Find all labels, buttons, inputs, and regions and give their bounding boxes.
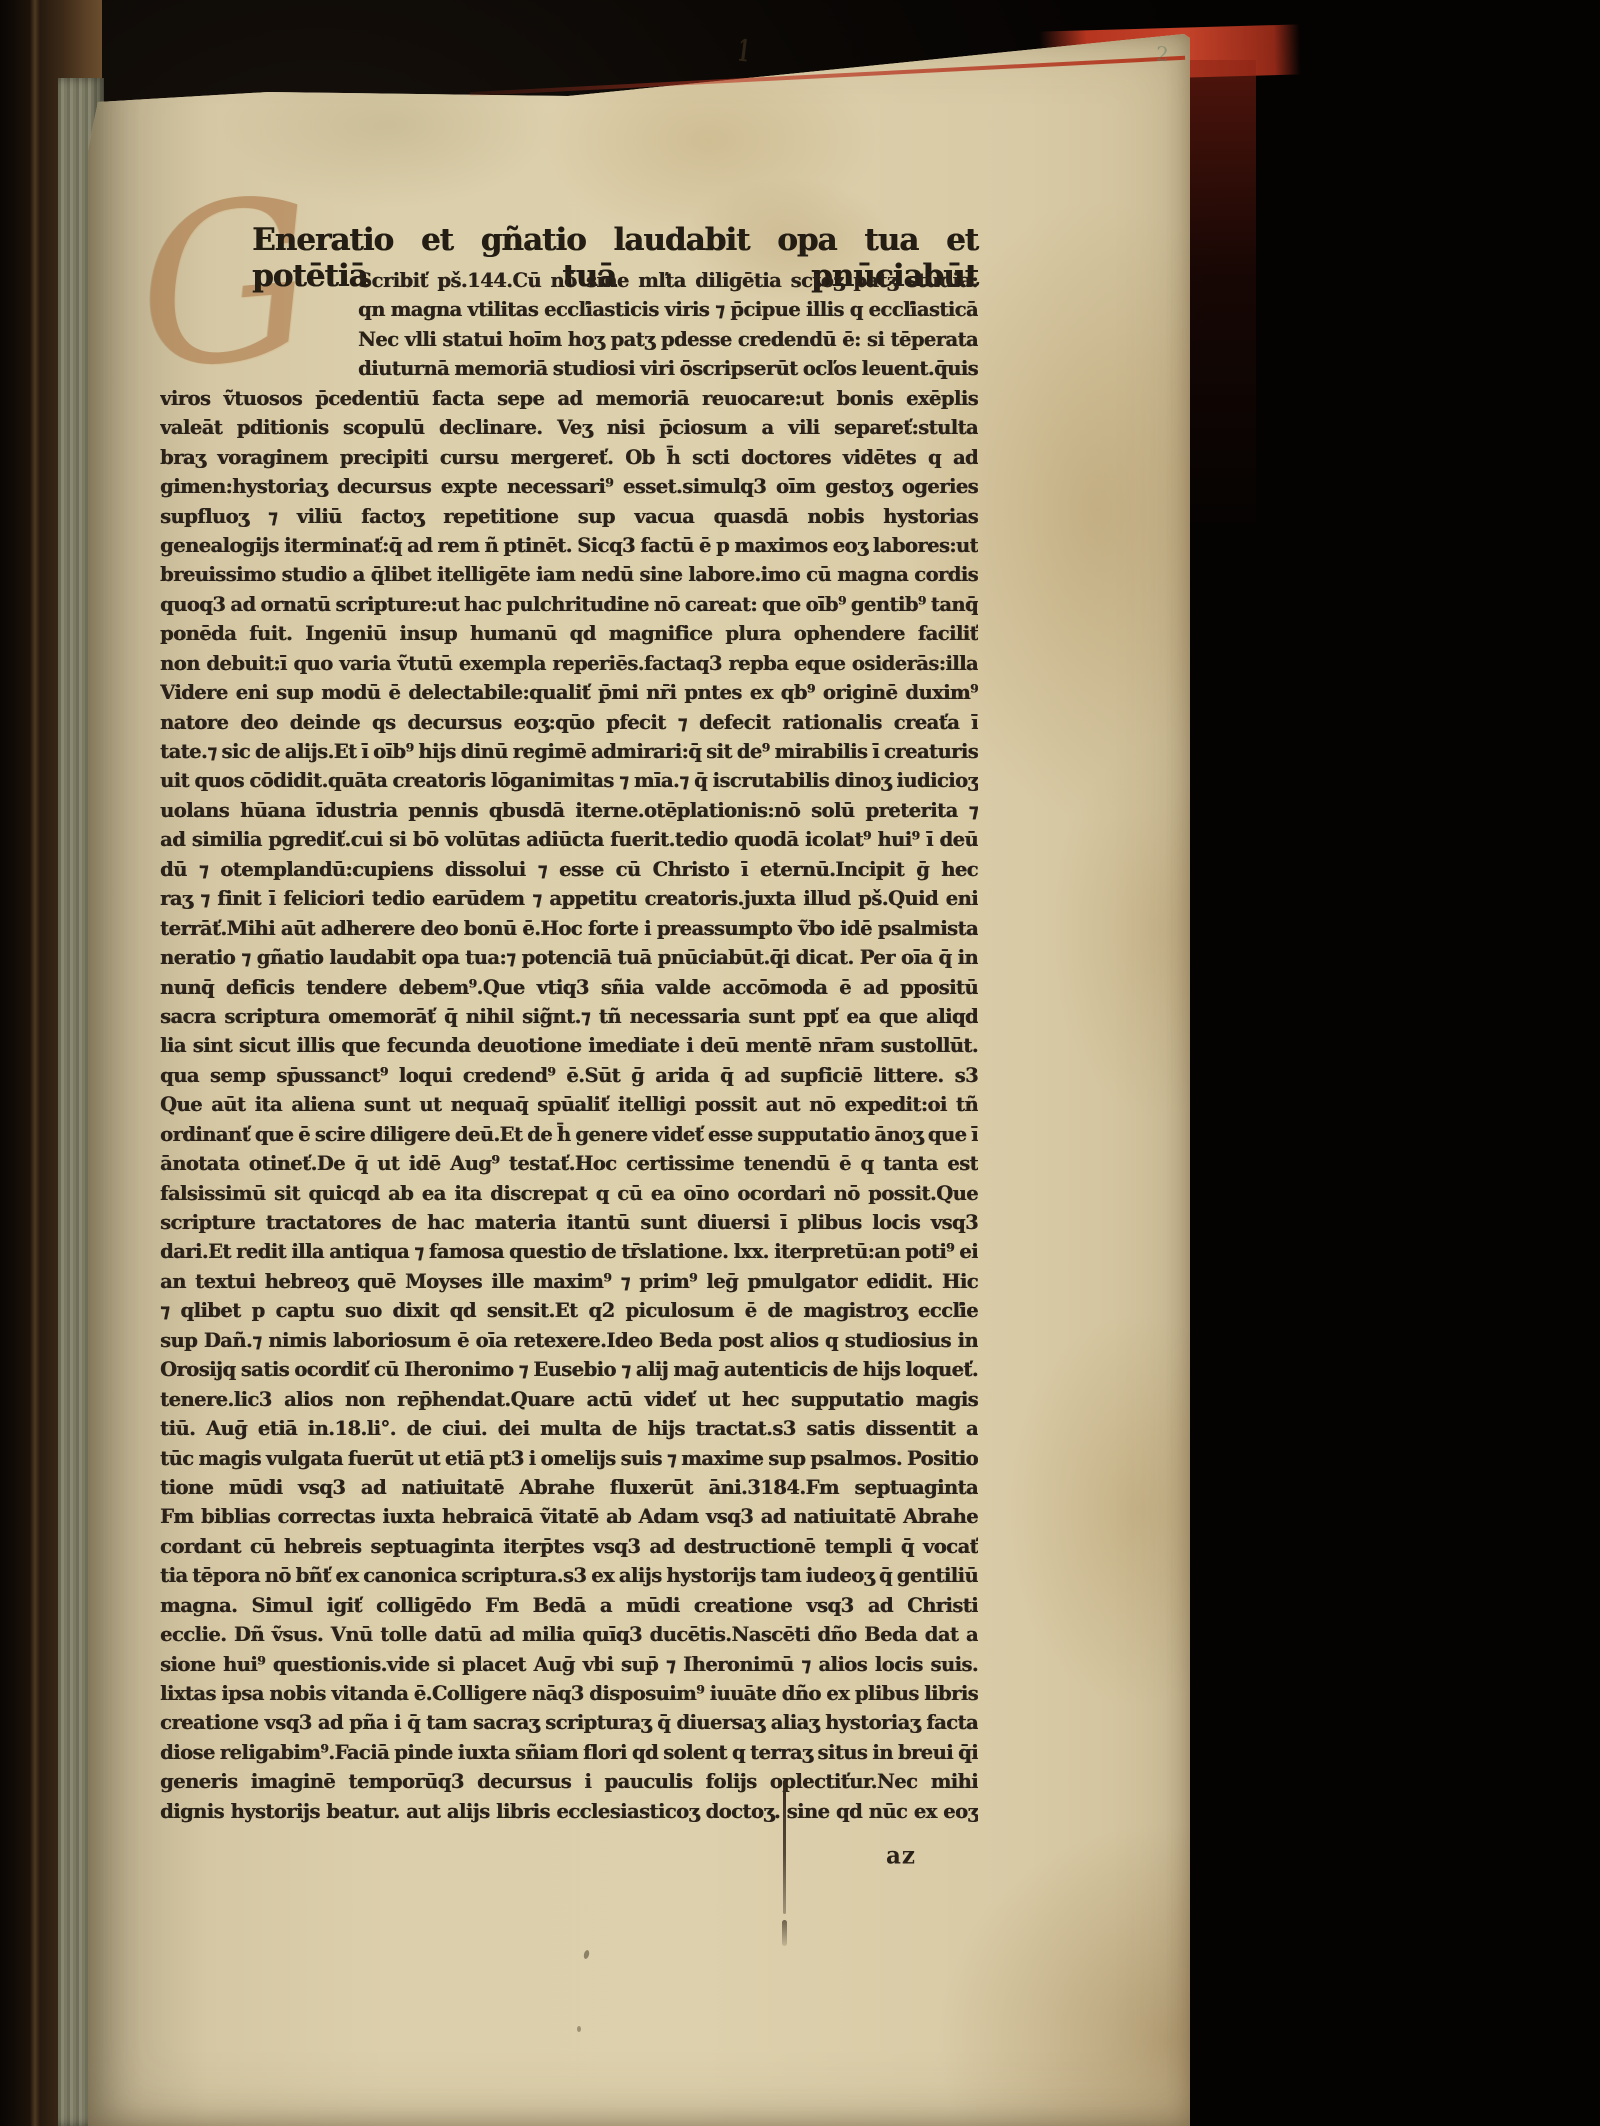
photo-of-incunabulum-page: 1 2 G Eneratio et gñatio laudabit opa tu… [0, 0, 1600, 2126]
body-line: ponēda fuit. Ingeniū insup humanū qd mag… [160, 619, 978, 648]
body-line: terrāť.Mihi aūt adherere deo bonū ē.Hoc … [160, 914, 978, 943]
body-line: falsissimū sit quicqd ab ea ita discrepa… [160, 1179, 978, 1208]
body-line: supfluoʒ ⁊ viliū factoʒ repetitione sup … [160, 502, 978, 531]
body-line: tiū. Auḡ etiā in.18.li°. de ciui. dei mu… [160, 1414, 978, 1443]
body-line: gimen:hystoriaʒ decursus expte necessari… [160, 472, 978, 501]
body-line: ordinanť que ē scire diligere deū.Et de … [160, 1120, 978, 1149]
body-line: lia sint sicut illis que fecunda deuotio… [160, 1031, 978, 1060]
body-line: an textui hebreoʒ quē Moyses ille maxim⁹… [160, 1267, 978, 1296]
body-line: Scribiť pš.144.Cū nō sine mľta diligētia… [358, 266, 978, 295]
body-line: Que aūt ita aliena sunt ut nequaq̄ spūal… [160, 1090, 978, 1119]
body-line: raʒ ⁊ finit ī feliciori tedio earūdem ⁊ … [160, 884, 978, 913]
red-painted-fore-edge-right [1186, 60, 1256, 580]
body-line: genealogijs iterminať:q̄ ad rem ñ ptinēt… [160, 531, 978, 560]
body-line: ⁊ qlibet p captu suo dixit qd sensit.Et … [160, 1296, 978, 1325]
body-line: cordant cū hebreis septuaginta iterp̄tes… [160, 1532, 978, 1561]
binding-highlight [30, 0, 40, 2126]
body-line: dū ⁊ otemplandū:cupiens dissolui ⁊ esse … [160, 855, 978, 884]
body-line: quoq3 ad ornatū scripture:ut hac pulchri… [160, 590, 978, 619]
body-line: non debuit:ī quo varia ṽtutū exempla rep… [160, 649, 978, 678]
body-line: tate.⁊ sic de alijs.Et ī oīb⁹ hijs dinū … [160, 737, 978, 766]
quire-signature-mark: az [886, 1841, 916, 1869]
body-line: tia tēpora nō bñť ex canonica scriptura.… [160, 1561, 978, 1590]
body-line: creatione vsq3 ad pña i q̄ tam sacraʒ sc… [160, 1708, 978, 1737]
body-line: diuturnā memoriā studiosi viri ōscripser… [358, 354, 978, 383]
text-block-lines: Scribiť pš.144.Cū nō sine mľta diligētia… [160, 266, 978, 1826]
body-line: neratio ⁊ gñatio laudabit opa tua:⁊ pote… [160, 943, 978, 972]
body-line: tenere.lic3 alios non rep̄hendat.Quare a… [160, 1385, 978, 1414]
body-line: tūc magis vulgata fuerūt ut etiā pt3 i o… [160, 1444, 978, 1473]
body-line: ānotata otineť.De q̄ ut idē Aug⁹ testať.… [160, 1149, 978, 1178]
body-line: sup Dañ.⁊ nimis laboriosum ē oīa retexer… [160, 1326, 978, 1355]
body-line: ecclie. Dñ ṽsus. Vnū tolle datū ad milia… [160, 1620, 978, 1649]
body-line: qua semp sp̄ussanct⁹ loqui credend⁹ ē.Sū… [160, 1061, 978, 1090]
body-line: ad similia pgrediť.cui si bō volūtas adi… [160, 825, 978, 854]
ink-smudge-trail [783, 1780, 786, 1914]
body-line: breuissimo studio a q̄libet itelligēte i… [160, 560, 978, 589]
body-line: nunq̄ deficis tendere debem⁹.Que vtiq3 s… [160, 973, 978, 1002]
body-line: sione hui⁹ questionis.vide si placet Auḡ… [160, 1650, 978, 1679]
body-line: viros ṽtuosos p̄cedentiū facta sepe ad m… [160, 384, 978, 413]
ink-speck [577, 2026, 581, 2032]
body-line: natore deo deinde qs decursus eoʒ:qūo pf… [160, 708, 978, 737]
body-line: Videre eni sup modū ē delectabile:qualiť… [160, 678, 978, 707]
body-line: dignis hystorijs beatur. aut alijs libri… [160, 1797, 978, 1826]
body-line: braʒ voraginem precipiti cursu mergereť.… [160, 443, 978, 472]
facing-folio-number: 2 [1155, 42, 1169, 67]
body-line: dari.Et redit illa antiqua ⁊ famosa ques… [160, 1237, 978, 1266]
body-line: uolans hūana īdustria pennis qbusdā iter… [160, 796, 978, 825]
body-line: sacra scriptura omemorāť q̄ nihil sig̃nt… [160, 1002, 978, 1031]
body-line: valeāt pditionis scopulū declinare. Veʒ … [160, 413, 978, 442]
body-line: generis imaginē temporūq3 decursus i pau… [160, 1767, 978, 1796]
body-line: Nec vlli statui hoīm hoʒ patʒ pdesse cre… [358, 325, 978, 354]
body-line: scripture tractatores de hac materia ita… [160, 1208, 978, 1237]
body-line: uit quos cōdidit.quāta creatoris lōganim… [160, 766, 978, 795]
body-line: Orosijq satis ocordiť cū Iheronimo ⁊ Eus… [160, 1355, 978, 1384]
body-line: qn magna vtilitas eccľiasticis viris ⁊ p… [358, 295, 978, 324]
body-line: lixtas ipsa nobis vitanda ē.Colligere nā… [160, 1679, 978, 1708]
body-line: tione mūdi vsq3 ad natiuitatē Abrahe flu… [160, 1473, 978, 1502]
folio-number: 1 [736, 33, 752, 69]
body-line: magna. Simul igiť colligēdo Fm Bedā a mū… [160, 1591, 978, 1620]
body-line: Fm biblias correctas iuxta hebraicā ṽita… [160, 1502, 978, 1531]
body-line: diose religabim⁹.Faciā pinde iuxta sñiam… [160, 1738, 978, 1767]
